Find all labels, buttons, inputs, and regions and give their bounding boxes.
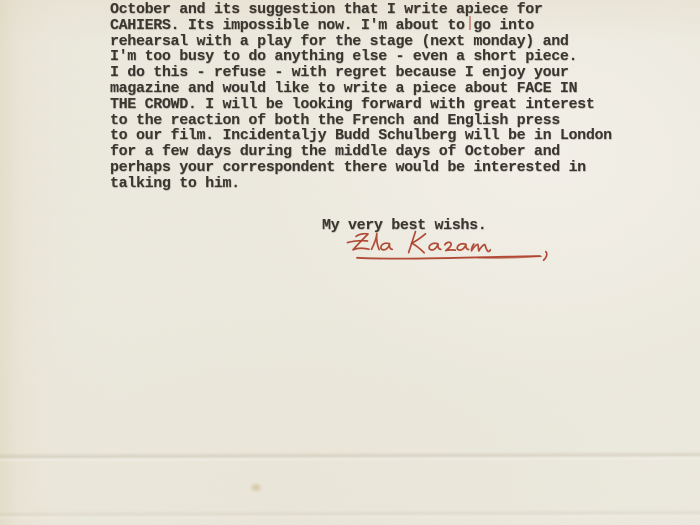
typed-line: to our film. Incidentaljy Budd Schulberg… — [110, 128, 650, 144]
signature-handwriting — [340, 226, 560, 266]
typed-line: to the reaction of both the French and E… — [110, 113, 650, 129]
typed-line: talking to him. — [110, 176, 650, 192]
typed-line: THE CROWD. I will be looking forward wit… — [110, 97, 650, 113]
typed-line: I do this - refuse - with regret because… — [110, 65, 650, 81]
letter-body: October and its suggestion that I write … — [110, 2, 650, 233]
fold-crease — [0, 509, 700, 520]
signature-strokes — [348, 232, 547, 261]
red-ink-tick-artifact — [469, 16, 471, 30]
paper-stain — [249, 482, 263, 493]
typed-line: magazine and would like to write a piece… — [110, 81, 650, 97]
typed-line: October and its suggestion that I write … — [110, 2, 650, 18]
typed-line: for a few days during the middle days of… — [110, 144, 650, 160]
typed-line: I'm too busy to do anything else - even … — [110, 49, 650, 65]
letter-page: October and its suggestion that I write … — [0, 0, 700, 525]
typed-line: CAHIERS. Its impossible now. I'm about t… — [110, 18, 650, 34]
signature-comma — [544, 252, 547, 261]
fold-crease — [0, 451, 700, 462]
typed-line: perhaps your correspondent there would b… — [110, 160, 650, 176]
